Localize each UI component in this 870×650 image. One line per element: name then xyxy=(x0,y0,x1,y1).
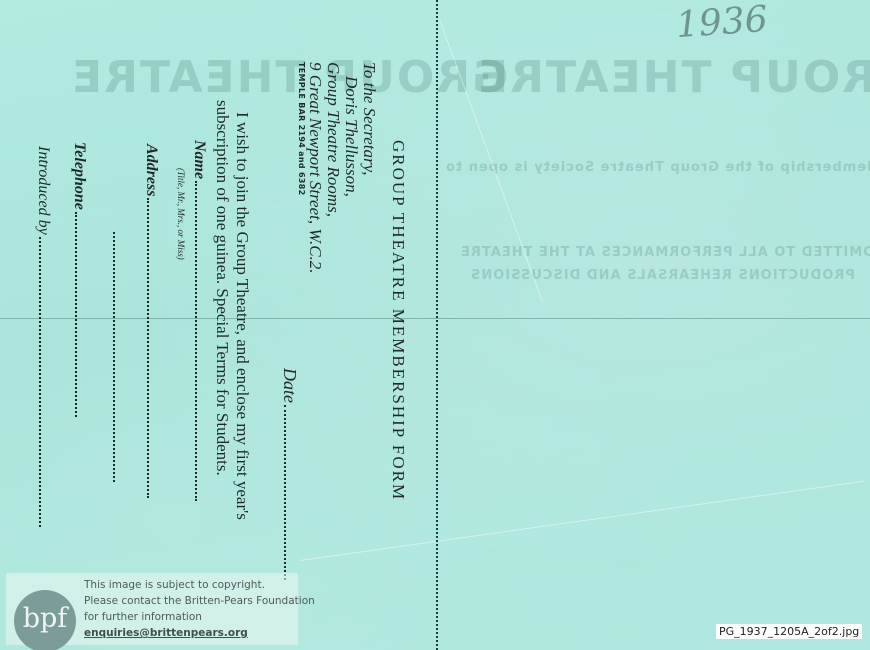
address-field[interactable]: Address xyxy=(142,144,160,498)
show-through-heading-right: GROUP THEATRE xyxy=(476,52,870,103)
show-through-heading-left: GROUP THEATRE xyxy=(70,52,508,103)
addressee-line-3: Group Theatre Rooms, xyxy=(324,62,342,274)
addressee-line-4: 9 Great Newport Street, W.C.2. xyxy=(306,62,324,274)
addressee-line-2: Doris Thellusson, xyxy=(342,62,360,274)
telephone-field[interactable]: Telephone xyxy=(70,142,88,417)
handwritten-annotation: 1936 xyxy=(675,0,769,46)
telephone-numbers: TEMPLE BAR 2194 and 6382 xyxy=(297,62,306,274)
addressee-block: To the Secretary, Doris Thellusson, Grou… xyxy=(297,62,378,274)
form-title: GROUP THEATRE MEMBERSHIP FORM xyxy=(388,140,408,501)
perforation-line xyxy=(436,0,438,650)
statement-block: I wish to join the Group Theatre, and en… xyxy=(212,100,252,520)
name-label: Name xyxy=(191,140,208,179)
copyright-notice: This image is subject to copyright. Plea… xyxy=(84,577,315,641)
introduced-by-input-line[interactable] xyxy=(39,237,41,527)
date-label: Date xyxy=(280,368,300,403)
copyright-line-1: This image is subject to copyright. xyxy=(84,577,315,593)
addressee-line-1: To the Secretary, xyxy=(360,62,378,274)
statement-line-2: subscription of one guinea. Special Term… xyxy=(212,100,232,520)
filename-label: PG_1937_1205A_2of2.jpg xyxy=(716,624,862,639)
name-field[interactable]: Name xyxy=(190,140,208,501)
copyright-line-3: for further information xyxy=(84,609,315,625)
name-input-line[interactable] xyxy=(195,181,197,501)
statement-line-1: I wish to join the Group Theatre, and en… xyxy=(232,100,252,520)
introduced-by-field[interactable]: Introduced by xyxy=(34,146,52,527)
name-hint: (Title, Mr., Mrs., or Miss) xyxy=(176,168,186,260)
copyright-line-2: Please contact the Britten-Pears Foundat… xyxy=(84,593,315,609)
copyright-email-link[interactable]: enquiries@brittenpears.org xyxy=(84,625,315,641)
date-input-line[interactable] xyxy=(284,405,286,580)
fold-line xyxy=(0,318,870,319)
address-input-line-1[interactable] xyxy=(147,198,149,498)
address-label: Address xyxy=(143,144,160,196)
address-field-line-2[interactable] xyxy=(108,230,126,482)
telephone-input-line[interactable] xyxy=(75,212,77,417)
show-through-line-3: PRODUCTIONS REHEARSALS AND DISCUSSIONS xyxy=(470,268,855,283)
bpf-logo: bpf xyxy=(14,590,76,650)
introduced-by-label: Introduced by xyxy=(35,146,52,235)
show-through-line-1: Membership of the Group Theatre Society … xyxy=(445,160,870,175)
address-input-line-2[interactable] xyxy=(113,232,115,482)
telephone-label: Telephone xyxy=(71,142,88,210)
date-field[interactable]: Date xyxy=(279,368,300,580)
